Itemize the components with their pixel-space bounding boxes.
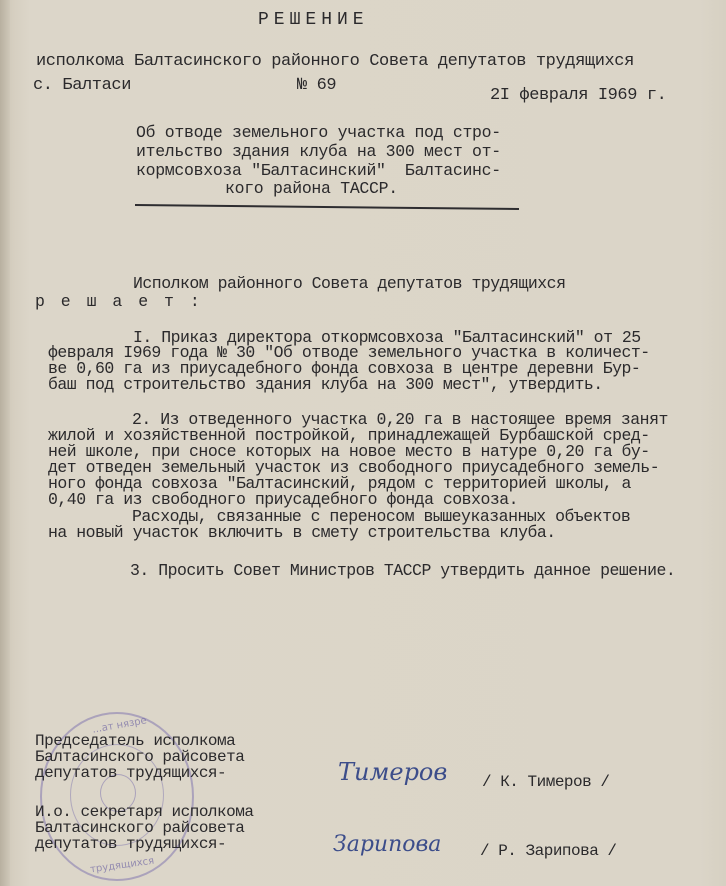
chairman-role-line: депутатов трудящихся- [35, 765, 226, 781]
decision-date: 2I февраля I969 г. [490, 88, 666, 104]
secretary-role-line: Балтасинского райсовета [35, 820, 244, 836]
secretary-name: / Р. Зарипова / [480, 843, 617, 859]
item-2-line: 0,40 га из свободного приусадебного фонд… [48, 492, 518, 508]
expenses-line: на новый участок включить в смету строит… [48, 525, 556, 541]
page-edge-shadow [0, 0, 10, 886]
item-3-line: 3. Просить Совет Министров ТАССР утверди… [130, 563, 675, 579]
secretary-signature: Зарипова [333, 832, 441, 857]
secretary-role-line: депутатов трудящихся- [35, 836, 226, 852]
subject-line: ительство здания клуба на 300 мест от- [136, 142, 501, 161]
subject-line: Об отводе земельного участка под стро- [136, 123, 501, 142]
subject-underline [135, 204, 519, 210]
chairman-name: / К. Тимеров / [482, 774, 609, 790]
document-title: РЕШЕНИЕ [258, 12, 369, 28]
secretary-role-line: И.о. секретаря исполкома [35, 804, 253, 820]
chairman-role-line: Председатель исполкома [35, 733, 235, 749]
resolves: р е ш а е т : [35, 294, 203, 310]
seal-bottom-text: трудящихся [90, 856, 155, 876]
document-page: РЕШЕНИЕ исполкома Балтасинского районног… [0, 0, 726, 886]
item-1-line: баш под строительство здания клуба на 30… [48, 377, 603, 393]
chairman-role-line: Балтасинского райсовета [35, 749, 244, 765]
chairman-signature: Тимеров [338, 758, 447, 786]
issuing-body: исполкома Балтасинского районного Совета… [36, 54, 634, 70]
preamble: Исполком районного Совета депутатов труд… [133, 276, 565, 292]
decision-number: № 69 [297, 78, 336, 94]
subject-line: кого района ТАССР. [225, 179, 398, 198]
subject-line: кормсовхоза "Балтасинский" Балтасинс- [136, 161, 501, 180]
place: с. Балтаси [33, 78, 131, 94]
